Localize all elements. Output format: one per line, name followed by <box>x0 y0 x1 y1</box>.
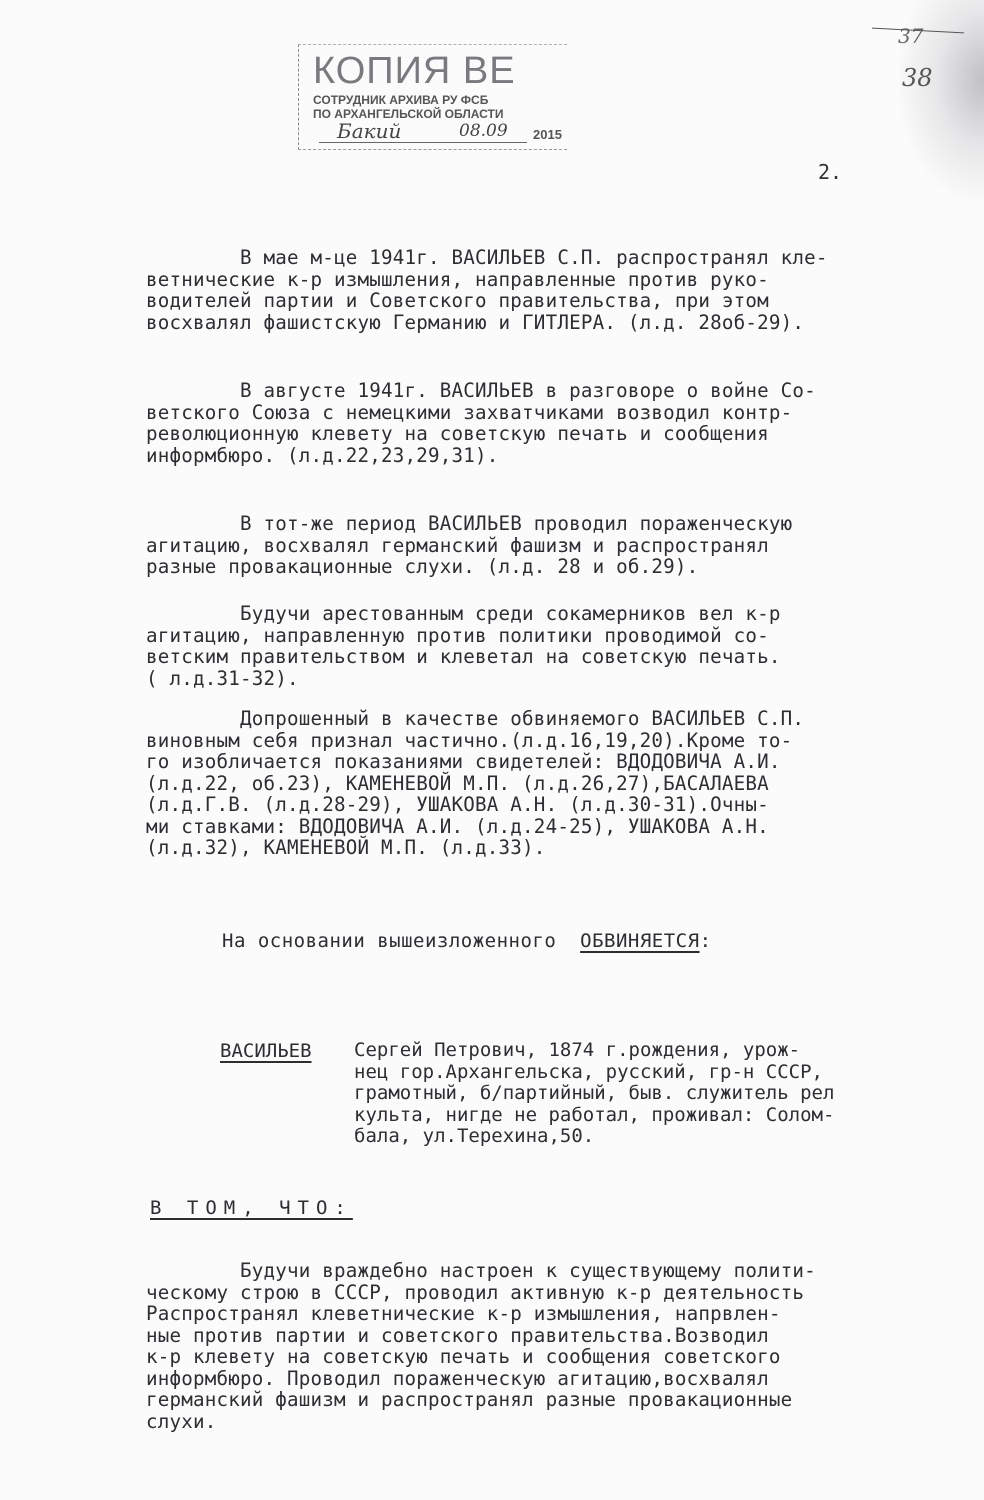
text-line: ( л.д.31-32). <box>146 668 946 690</box>
paragraph-same-period: В тот-же период ВАСИЛЬЕВ проводил пораже… <box>146 513 946 578</box>
text-line: ми ставками: ВДОДОВИЧА А.И. (л.д.24-25),… <box>146 816 946 838</box>
text-line: бала, ул.Терехина,50. <box>354 1126 974 1148</box>
paragraph-interrogation: Допрошенный в качестве обвиняемого ВАСИЛ… <box>146 708 946 859</box>
accused-description: Сергей Петрович, 1874 г.рождения, урож-н… <box>354 1040 974 1148</box>
charge-suffix: : <box>700 930 712 952</box>
text-line: ветским правительством и клеветал на сов… <box>146 646 946 668</box>
page-number: 2. <box>818 160 842 184</box>
text-line: виновным себя признал частично.(л.д.16,1… <box>146 730 946 752</box>
paragraph-may-1941: В мае м-це 1941г. ВАСИЛЬЕВ С.П. распрост… <box>146 247 946 333</box>
text-line: В тот-же период ВАСИЛЬЕВ проводил пораже… <box>146 513 946 535</box>
text-line: германский фашизм и распространял разные… <box>146 1389 976 1411</box>
text-line: ческому строю в СССР, проводил активную … <box>146 1282 976 1304</box>
stamp-signature: Бакий <box>337 119 401 143</box>
text-line: Сергей Петрович, 1874 г.рождения, урож- <box>354 1040 974 1062</box>
accused-surname: ВАСИЛЬЕВ <box>220 1040 312 1062</box>
text-line: ветского Союза с немецкими захватчиками … <box>146 402 946 424</box>
text-line: ветнические к-р измышления, направленные… <box>146 269 946 291</box>
text-line: агитацию, направленную против политики п… <box>146 625 946 647</box>
paragraph-conclusion: Будучи враждебно настроен к существующем… <box>146 1260 976 1432</box>
text-line: Будучи враждебно настроен к существующем… <box>146 1260 976 1282</box>
text-line: информбюро. (л.д.22,23,29,31). <box>146 445 946 467</box>
text-line: восхвалял фашистскую Германию и ГИТЛЕРА.… <box>146 312 946 334</box>
text-line: грамотный, б/партийный, быв. служитель р… <box>354 1083 974 1105</box>
in-that-heading: В ТОМ, ЧТО: <box>150 1197 353 1219</box>
charge-prefix: На основании вышеизложенного <box>222 930 580 952</box>
text-line: информбюро. Проводил пораженческую агита… <box>146 1368 976 1390</box>
charge-heading: На основании вышеизложенного ОБВИНЯЕТСЯ: <box>222 930 712 952</box>
text-line: В августе 1941г. ВАСИЛЬЕВ в разговоре о … <box>146 380 946 402</box>
stamp-title: КОПИЯ ВЕ <box>313 51 516 91</box>
text-line: Распространял клеветнические к-р измышле… <box>146 1303 976 1325</box>
paragraph-arrested: Будучи арестованным среди сокамерников в… <box>146 603 946 689</box>
text-line: агитацию, восхвалял германский фашизм и … <box>146 535 946 557</box>
text-line: Будучи арестованным среди сокамерников в… <box>146 603 946 625</box>
text-line: к-р клевету на советскую печать и сообще… <box>146 1346 976 1368</box>
text-line: В мае м-це 1941г. ВАСИЛЬЕВ С.П. распрост… <box>146 247 946 269</box>
paragraph-august-1941: В августе 1941г. ВАСИЛЬЕВ в разговоре о … <box>146 380 946 466</box>
archive-number: 38 <box>902 64 933 92</box>
text-line: (л.д.32), КАМЕНЕВОЙ М.П. (л.д.33). <box>146 837 946 859</box>
text-line: водителей партии и Советского правительс… <box>146 290 946 312</box>
stamp-date: 08.09 <box>459 121 508 141</box>
text-line: Допрошенный в качестве обвиняемого ВАСИЛ… <box>146 708 946 730</box>
stamp-year: 2015 <box>533 127 562 142</box>
archive-number-crossed: 37 <box>898 24 923 48</box>
text-line: го изобличается показаниями свидетелей: … <box>146 751 946 773</box>
text-line: культа, нигде не работал, проживал: Соло… <box>354 1105 974 1127</box>
text-line: (л.д.22, об.23), КАМЕНЕВОЙ М.П. (л.д.26,… <box>146 773 946 795</box>
archive-copy-stamp: КОПИЯ ВЕ СОТРУДНИК АРХИВА РУ ФСБ ПО АРХА… <box>298 44 567 150</box>
date-line <box>457 142 527 143</box>
text-line: нец гор.Архангельска, русский, гр-н СССР… <box>354 1062 974 1084</box>
text-line: (л.д.Г.В. (л.д.28-29), УШАКОВА А.Н. (л.д… <box>146 794 946 816</box>
signature-line <box>319 142 459 143</box>
text-line: разные провакационные слухи. (л.д. 28 и … <box>146 556 946 578</box>
text-line: слухи. <box>146 1411 976 1433</box>
stamp-line-1: СОТРУДНИК АРХИВА РУ ФСБ <box>313 93 488 107</box>
text-line: революционную клевету на советскую печат… <box>146 423 946 445</box>
charge-keyword: ОБВИНЯЕТСЯ <box>580 930 699 952</box>
text-line: ные против партии и советского правитель… <box>146 1325 976 1347</box>
